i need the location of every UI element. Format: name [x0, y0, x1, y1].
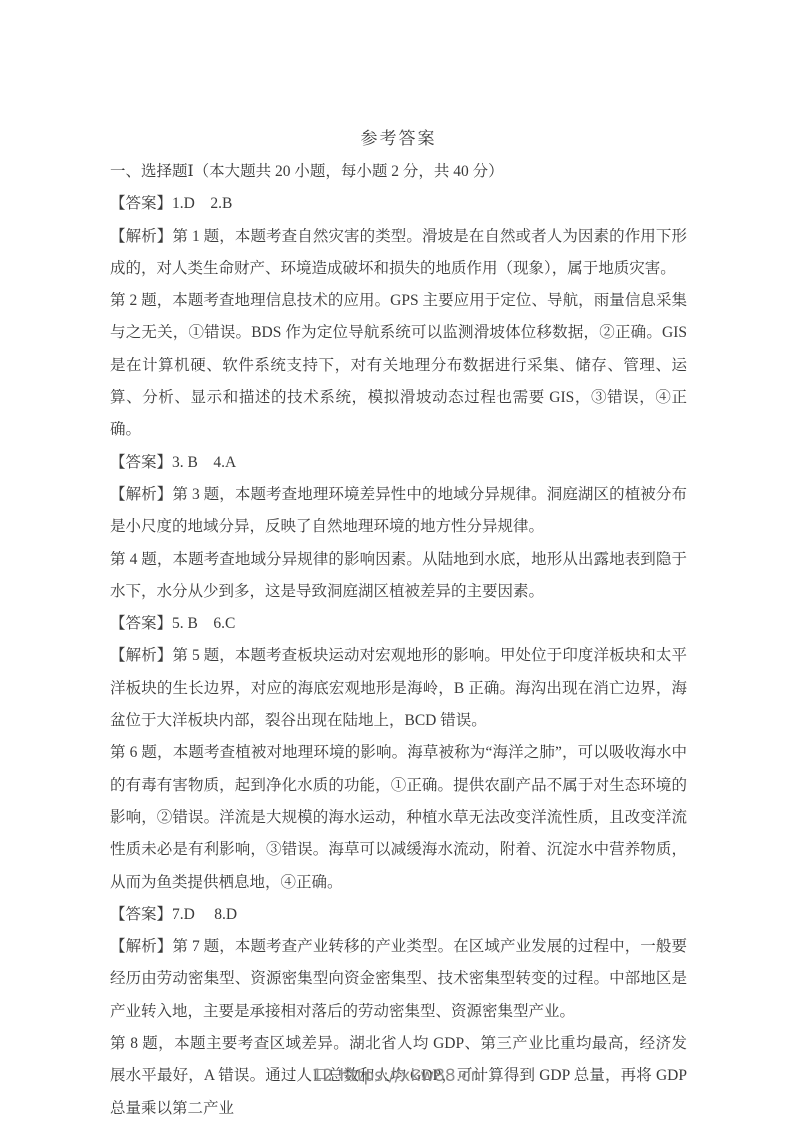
- analysis-q2: 第 2 题，本题考查地理信息技术的应用。GPS 主要应用于定位、导航，雨量信息采…: [110, 285, 687, 446]
- answers-q5-q6: 【答案】5. B 6.C: [110, 608, 687, 640]
- page-footer: 12https://xkw88.cn: [0, 1066, 793, 1086]
- analysis-q6: 第 6 题，本题考查植被对地理环境的影响。海草被称为“海洋之肺”，可以吸收海水中…: [110, 737, 687, 898]
- answers-q3-q4: 【答案】3. B 4.A: [110, 447, 687, 479]
- analysis-q3: 【解析】第 3 题，本题考查地理环境差异性中的地域分异规律。洞庭湖区的植被分布是…: [110, 479, 687, 544]
- document-content: 参考答案 一、选择题Ⅰ（本大题共 20 小题，每小题 2 分，共 40 分） 【…: [110, 122, 687, 1122]
- section-heading: 一、选择题Ⅰ（本大题共 20 小题，每小题 2 分，共 40 分）: [110, 156, 687, 188]
- analysis-q5: 【解析】第 5 题，本题考查板块运动对宏观地形的影响。甲处位于印度洋板块和太平洋…: [110, 640, 687, 737]
- answers-q1-q2: 【答案】1.D 2.B: [110, 188, 687, 220]
- analysis-q4: 第 4 题，本题考查地域分异规律的影响因素。从陆地到水底，地形从出露地表到隐于水…: [110, 544, 687, 609]
- footer-url: https://xkw88.cn: [339, 1066, 481, 1086]
- page-title: 参考答案: [110, 122, 687, 156]
- document-page: 参考答案 一、选择题Ⅰ（本大题共 20 小题，每小题 2 分，共 40 分） 【…: [0, 0, 793, 1122]
- analysis-q1: 【解析】第 1 题，本题考查自然灾害的类型。滑坡是在自然或者人为因素的作用下形成…: [110, 221, 687, 286]
- page-number: 12: [312, 1066, 334, 1086]
- analysis-q7: 【解析】第 7 题，本题考查产业转移的产业类型。在区域产业发展的过程中，一般要经…: [110, 931, 687, 1028]
- answers-q7-q8: 【答案】7.D 8.D: [110, 899, 687, 931]
